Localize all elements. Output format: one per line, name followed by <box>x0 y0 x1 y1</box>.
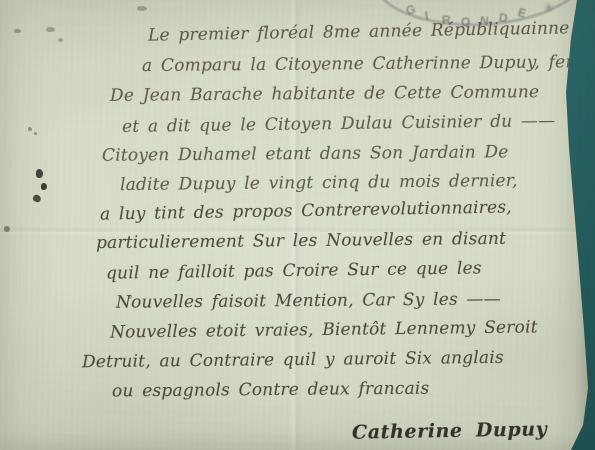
ink-speck <box>128 295 132 299</box>
paper-sheet: GIRONDE ✳ Le premier floréal 8me année R… <box>0 0 595 450</box>
ink-speck <box>58 38 63 42</box>
manuscript-line: Nouvelles faisoit Mention, Car Sy les —— <box>116 289 501 312</box>
ink-speck <box>137 6 147 11</box>
manuscript-line: Detruit, au Contraire quil y auroit Six … <box>82 348 504 372</box>
manuscript-line: particulierement Sur les Nouvelles en di… <box>96 229 506 253</box>
ink-speck <box>34 132 37 135</box>
manuscript-line: et a dit que le Citoyen Dulau Cuisinier … <box>122 111 556 137</box>
manuscript-line: a luy tint des propos Contrerevolutionna… <box>100 197 512 224</box>
photograph-of-manuscript: GIRONDE ✳ Le premier floréal 8me année R… <box>0 0 595 450</box>
manuscript-line: ou espagnols Contre deux francais <box>112 379 430 402</box>
ink-speck <box>46 27 55 32</box>
manuscript-line: Le premier floréal 8me année Républiquai… <box>148 18 570 45</box>
ink-speck <box>14 29 21 33</box>
manuscript-line: Citoyen Duhamel etant dans Son Jardain D… <box>102 142 509 166</box>
manuscript-line: ladite Dupuy le vingt cinq du mois derni… <box>120 171 518 195</box>
stamp-star-icon: ✳ <box>542 0 555 17</box>
manuscript-line: Nouvelles etoit vraies, Bientôt Lennemy … <box>110 317 538 342</box>
ink-speck <box>4 226 10 232</box>
ink-speck <box>28 127 32 131</box>
ink-blot <box>32 194 42 204</box>
ink-blot <box>36 169 43 178</box>
manuscript-line: De Jean Barache habitante de Cette Commu… <box>110 82 539 106</box>
manuscript-line: quil ne failloit pas Croire Sur ce que l… <box>106 258 482 283</box>
ink-blot <box>41 183 47 190</box>
manuscript-line: a Comparu la Citoyenne Catherinne Dupuy,… <box>142 52 595 76</box>
signature: Catherine Dupuy <box>352 418 548 443</box>
